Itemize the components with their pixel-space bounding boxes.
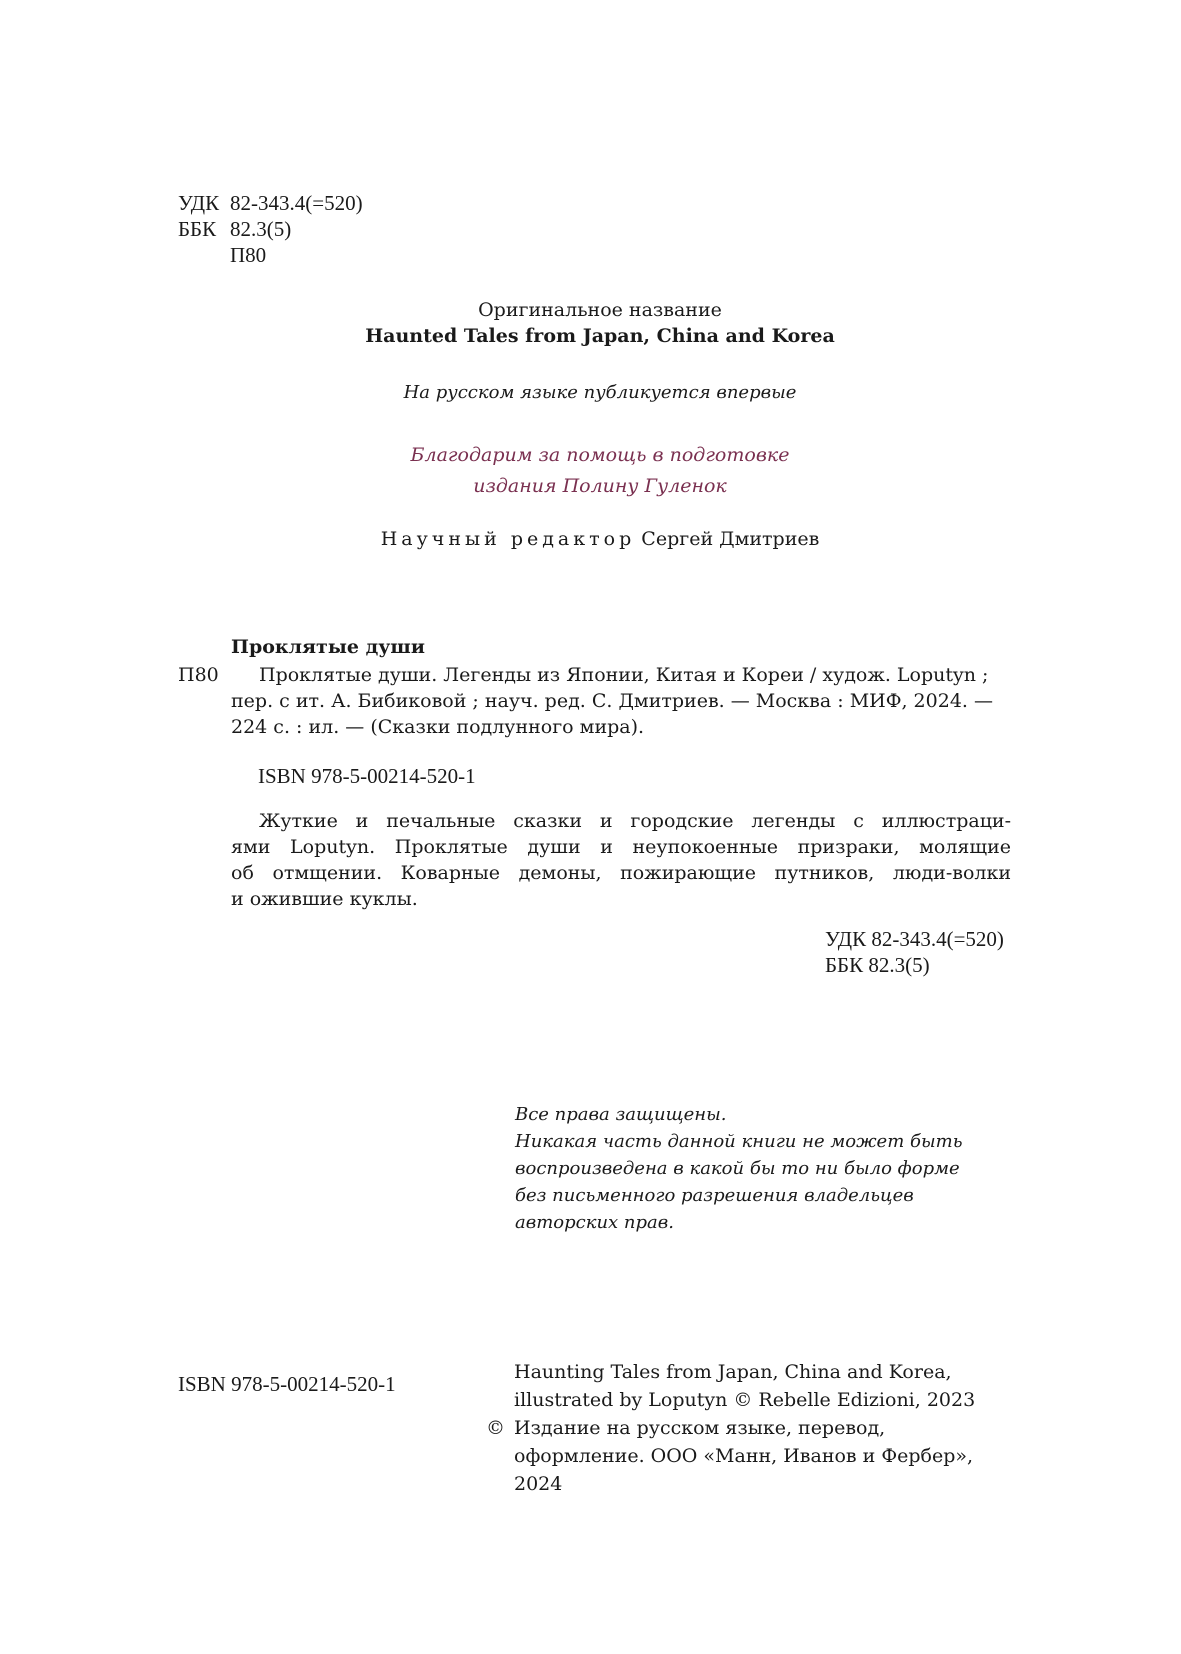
rights-line: без письменного разрешения владельцев: [515, 1182, 963, 1209]
bbk-value: 82.3(5): [230, 216, 291, 242]
annotation: Жуткие и печальные сказки и городские ле…: [231, 808, 1011, 912]
catalog-line: Проклятые души. Легенды из Японии, Китая…: [231, 662, 1011, 688]
copyright-line: 2024: [486, 1470, 975, 1498]
copyright-block: Haunting Tales from Japan, China and Kor…: [486, 1358, 975, 1498]
rights-line: воспроизведена в какой бы то ни было фор…: [515, 1155, 963, 1182]
scientific-editor-name: Сергей Дмитриев: [641, 528, 819, 550]
copyright-line: Издание на русском языке, перевод,: [514, 1417, 885, 1439]
author-mark: П80: [178, 242, 363, 268]
udk-value: 82-343.4(=520): [230, 190, 363, 216]
catalog-line: 224 с. : ил. — (Сказки подлунного мира).: [231, 714, 1011, 740]
copyright-line: illustrated by Loputyn © Rebelle Edizion…: [486, 1386, 975, 1414]
original-title-block: Оригинальное название Haunted Tales from…: [300, 297, 900, 349]
catalog-author-mark: П80: [178, 662, 219, 688]
rights-notice: Все права защищены. Никакая часть данной…: [515, 1101, 963, 1236]
acknowledgement-line: Благодарим за помощь в подготовке: [300, 440, 900, 471]
catalog-heading: Проклятые души: [231, 634, 425, 660]
catalog-description: Проклятые души. Легенды из Японии, Китая…: [231, 662, 1011, 740]
rights-line: Никакая часть данной книги не может быть: [515, 1128, 963, 1155]
first-publication-note: На русском языке публикуется впервые: [300, 380, 900, 406]
catalog-bbk: ББК 82.3(5): [825, 952, 1004, 978]
acknowledgement-line: издания Полину Гуленок: [300, 471, 900, 502]
annotation-line: об отмщении. Коварные демоны, пожирающие…: [231, 860, 1011, 886]
copyright-line: оформление. ООО «Манн, Иванов и Фербер»,: [486, 1442, 975, 1470]
bbk-label: ББК: [178, 216, 230, 242]
annotation-line: Жуткие и печальные сказки и городские ле…: [231, 808, 1011, 834]
isbn-bottom: ISBN 978-5-00214-520-1: [178, 1371, 396, 1397]
rights-line: Все права защищены.: [515, 1101, 963, 1128]
original-title: Haunted Tales from Japan, China and Kore…: [300, 323, 900, 349]
annotation-line: и ожившие куклы.: [231, 886, 1011, 912]
rights-line: авторских прав.: [515, 1209, 963, 1236]
catalog-isbn: ISBN 978-5-00214-520-1: [258, 763, 476, 789]
catalog-udk: УДК 82-343.4(=520): [825, 926, 1004, 952]
udk-label: УДК: [178, 190, 230, 216]
acknowledgement: Благодарим за помощь в подготовке издани…: [300, 440, 900, 502]
copyright-icon: ©: [486, 1414, 514, 1442]
catalog-line: пер. с ит. А. Бибиковой ; науч. ред. С. …: [231, 688, 1011, 714]
original-title-label: Оригинальное название: [300, 297, 900, 323]
classification-top: УДК82-343.4(=520) ББК82.3(5) П80: [178, 190, 363, 268]
annotation-line: ями Loputyn. Проклятые души и неупокоенн…: [231, 834, 1011, 860]
catalog-classification: УДК 82-343.4(=520) ББК 82.3(5): [825, 926, 1004, 978]
scientific-editor: Научный редактор Сергей Дмитриев: [300, 526, 900, 552]
copyright-line: Haunting Tales from Japan, China and Kor…: [486, 1358, 975, 1386]
scientific-editor-label: Научный редактор: [381, 528, 636, 550]
